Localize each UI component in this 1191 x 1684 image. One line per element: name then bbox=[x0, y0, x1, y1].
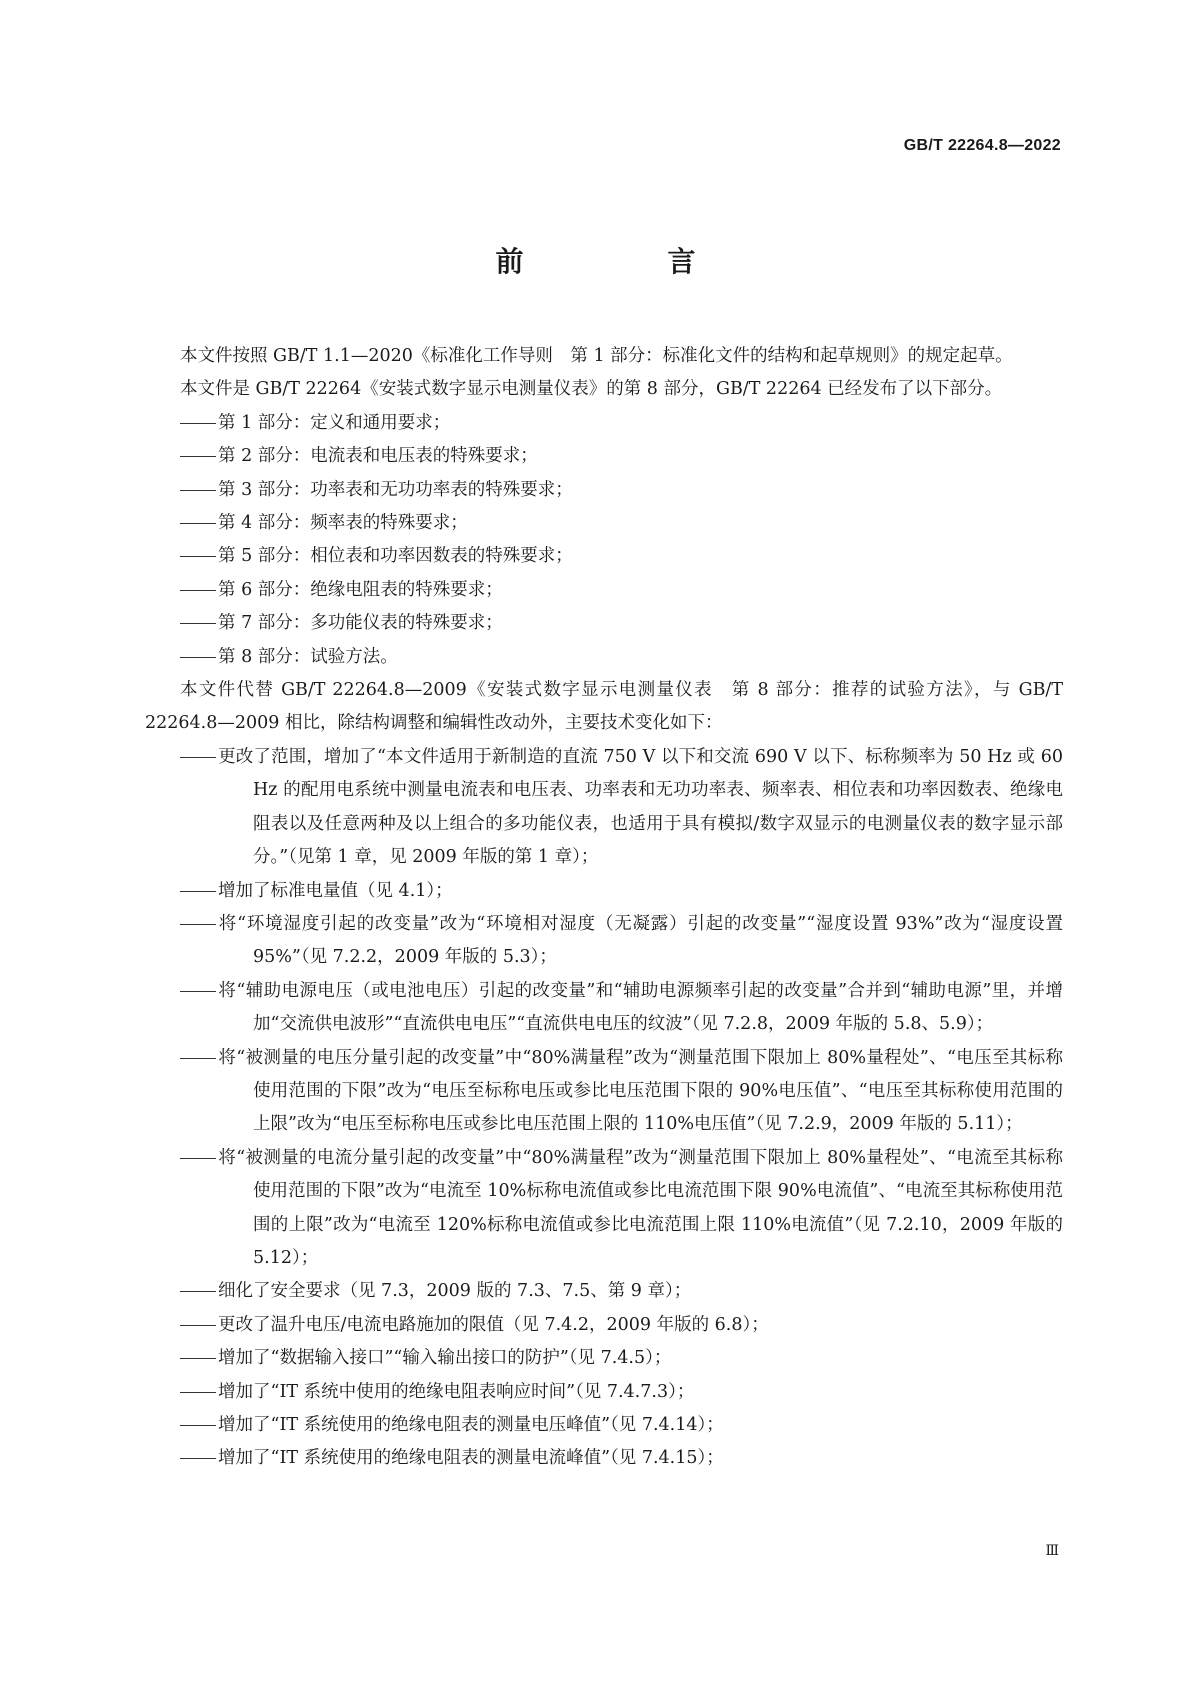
list-item: 第 4 部分：频率表的特殊要求； bbox=[180, 507, 1063, 540]
dash-bullet-icon bbox=[180, 540, 218, 573]
page-title: 前 言 bbox=[0, 240, 1191, 280]
dash-bullet-icon bbox=[180, 1309, 218, 1342]
standard-code-header: GB/T 22264.8—2022 bbox=[904, 137, 1061, 155]
parts-list: 第 1 部分：定义和通用要求； 第 2 部分：电流表和电压表的特殊要求； 第 3… bbox=[145, 407, 1063, 674]
list-item: 将“环境湿度引起的改变量”改为“环境相对湿度（无凝露）引起的改变量”“湿度设置 … bbox=[180, 908, 1063, 975]
dash-bullet-icon bbox=[180, 641, 218, 674]
document-body: 本文件按照 GB/T 1.1—2020《标准化工作导则 第 1 部分：标准化文件… bbox=[145, 340, 1063, 1476]
list-item: 增加了“IT 系统使用的绝缘电阻表的测量电压峰值”（见 7.4.14）； bbox=[180, 1409, 1063, 1442]
dash-bullet-icon bbox=[180, 607, 218, 640]
dash-bullet-icon bbox=[180, 741, 218, 774]
dash-bullet-icon bbox=[180, 1142, 218, 1175]
dash-bullet-icon bbox=[180, 440, 218, 473]
list-item: 第 2 部分：电流表和电压表的特殊要求； bbox=[180, 440, 1063, 473]
list-item: 增加了标准电量值（见 4.1）； bbox=[180, 875, 1063, 908]
list-item: 增加了“IT 系统中使用的绝缘电阻表响应时间”（见 7.4.7.3）； bbox=[180, 1376, 1063, 1409]
list-item: 增加了“IT 系统使用的绝缘电阻表的测量电流峰值”（见 7.4.15）； bbox=[180, 1442, 1063, 1475]
list-item: 第 5 部分：相位表和功率因数表的特殊要求； bbox=[180, 540, 1063, 573]
list-item: 第 6 部分：绝缘电阻表的特殊要求； bbox=[180, 574, 1063, 607]
list-item: 更改了温升电压/电流电路施加的限值（见 7.4.2，2009 年版的 6.8）； bbox=[180, 1309, 1063, 1342]
dash-bullet-icon bbox=[180, 1409, 218, 1442]
dash-bullet-icon bbox=[180, 474, 218, 507]
dash-bullet-icon bbox=[180, 1342, 218, 1375]
dash-bullet-icon bbox=[180, 875, 218, 908]
changes-list: 更改了范围，增加了“本文件适用于新制造的直流 750 V 以下和交流 690 V… bbox=[145, 741, 1063, 1476]
list-item: 将“被测量的电流分量引起的改变量”中“80%满量程”改为“测量范围下限加上 80… bbox=[180, 1142, 1063, 1276]
list-item: 第 7 部分：多功能仪表的特殊要求； bbox=[180, 607, 1063, 640]
paragraph-series-intro: 本文件是 GB/T 22264《安装式数字显示电测量仪表》的第 8 部分，GB/… bbox=[145, 373, 1063, 406]
paragraph-drafting-rules: 本文件按照 GB/T 1.1—2020《标准化工作导则 第 1 部分：标准化文件… bbox=[145, 340, 1063, 373]
list-item: 增加了“数据输入接口”“输入输出接口的防护”（见 7.4.5）； bbox=[180, 1342, 1063, 1375]
page-number: Ⅲ bbox=[1045, 1543, 1059, 1559]
paragraph-replacement: 本文件代替 GB/T 22264.8—2009《安装式数字显示电测量仪表 第 8… bbox=[145, 674, 1063, 741]
list-item: 细化了安全要求（见 7.3，2009 版的 7.3、7.5、第 9 章）； bbox=[180, 1275, 1063, 1308]
dash-bullet-icon bbox=[180, 1376, 218, 1409]
dash-bullet-icon bbox=[180, 1275, 218, 1308]
list-item: 第 1 部分：定义和通用要求； bbox=[180, 407, 1063, 440]
dash-bullet-icon bbox=[180, 507, 218, 540]
dash-bullet-icon bbox=[180, 1442, 218, 1475]
dash-bullet-icon bbox=[180, 1042, 218, 1075]
dash-bullet-icon bbox=[180, 975, 218, 1008]
list-item: 将“辅助电源电压（或电池电压）引起的改变量”和“辅助电源频率引起的改变量”合并到… bbox=[180, 975, 1063, 1042]
dash-bullet-icon bbox=[180, 407, 218, 440]
list-item: 第 3 部分：功率表和无功功率表的特殊要求； bbox=[180, 474, 1063, 507]
list-item: 更改了范围，增加了“本文件适用于新制造的直流 750 V 以下和交流 690 V… bbox=[180, 741, 1063, 875]
dash-bullet-icon bbox=[180, 574, 218, 607]
dash-bullet-icon bbox=[180, 908, 218, 941]
list-item: 第 8 部分：试验方法。 bbox=[180, 641, 1063, 674]
list-item: 将“被测量的电压分量引起的改变量”中“80%满量程”改为“测量范围下限加上 80… bbox=[180, 1042, 1063, 1142]
